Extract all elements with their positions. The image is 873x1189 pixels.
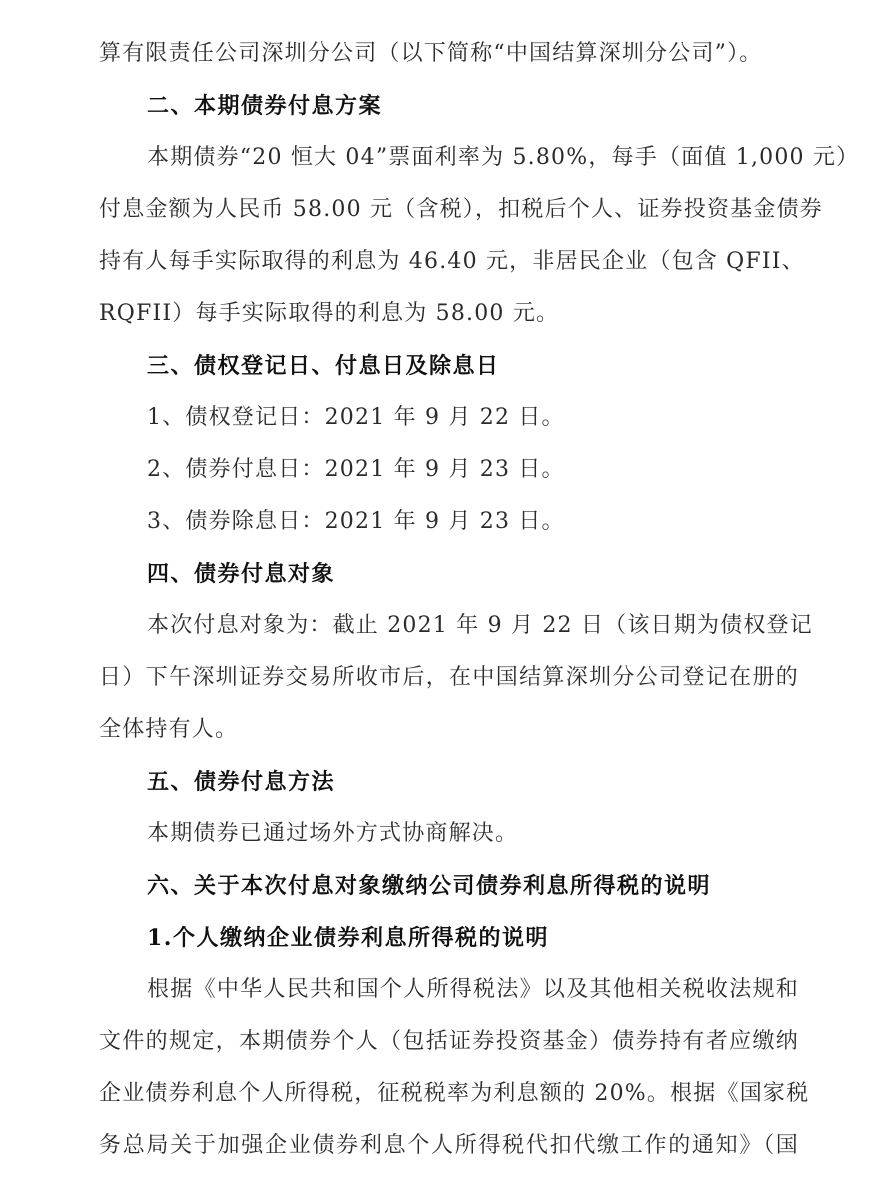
paragraph-continuation: 算有限责任公司深圳分公司（以下简称“中国结算深圳分公司”）。	[99, 28, 799, 80]
paragraph-line: 本次付息对象为：截止 2021 年 9 月 22 日（该日期为债权登记	[147, 600, 799, 652]
paragraph-line: 持有人每手实际取得的利息为 46.40 元，非居民企业（包含 QFII、	[99, 236, 799, 288]
paragraph-line: 根据《中华人民共和国个人所得税法》以及其他相关税收法规和	[147, 964, 799, 1016]
list-item: 1、债权登记日：2021 年 9 月 22 日。	[147, 392, 799, 444]
section-heading-6: 六、关于本次付息对象缴纳公司债券利息所得税的说明	[147, 860, 847, 912]
paragraph-line: 本期债券“20 恒大 04”票面利率为 5.80%，每手（面值 1,000 元）	[147, 132, 799, 184]
paragraph-line: 付息金额为人民币 58.00 元（含税），扣税后个人、证券投资基金债券	[99, 184, 799, 236]
section-heading-3: 三、债权登记日、付息日及除息日	[147, 340, 847, 392]
paragraph-line: 企业债券利息个人所得税，征税税率为利息额的 20%。根据《国家税	[99, 1068, 799, 1120]
paragraph-line: 本期债券已通过场外方式协商解决。	[147, 808, 799, 860]
section-heading-4: 四、债券付息对象	[147, 548, 847, 600]
paragraph-line: 务总局关于加强企业债券利息个人所得税代扣代缴工作的通知》（国	[99, 1120, 799, 1172]
paragraph-line: RQFII）每手实际取得的利息为 58.00 元。	[99, 288, 799, 340]
document-page: 算有限责任公司深圳分公司（以下简称“中国结算深圳分公司”）。 二、本期债券付息方…	[0, 0, 873, 1189]
subsection-heading-1: 1.个人缴纳企业债券利息所得税的说明	[147, 912, 847, 964]
paragraph-line: 文件的规定，本期债券个人（包括证券投资基金）债券持有者应缴纳	[99, 1016, 799, 1068]
list-item: 3、债券除息日：2021 年 9 月 23 日。	[147, 496, 799, 548]
paragraph-line: 日）下午深圳证券交易所收市后，在中国结算深圳分公司登记在册的	[99, 652, 799, 704]
section-heading-5: 五、债券付息方法	[147, 756, 847, 808]
section-heading-2: 二、本期债券付息方案	[147, 80, 847, 132]
paragraph-line: 全体持有人。	[99, 704, 799, 756]
list-item: 2、债券付息日：2021 年 9 月 23 日。	[147, 444, 799, 496]
